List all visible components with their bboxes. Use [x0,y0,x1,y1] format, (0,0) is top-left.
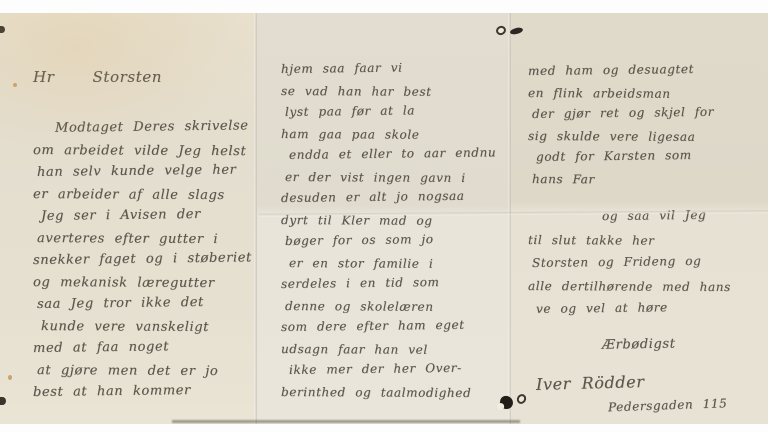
letter-line: best at han kommer [33,379,257,404]
letter-line: Modtaget Deres skrivelse [33,115,257,140]
letter-line: bøger for os som jo [281,228,509,252]
letter-line: snekker faget og i støberiet [33,247,257,272]
closing-word: Ærbødigst [528,331,764,359]
page-panel-left: HrStorsten Modtaget Deres skrivelseom ar… [0,13,257,424]
letter-line: med at faa noget [33,335,257,360]
page-panel-right: med ham og desuagteten flink arbeidsmand… [511,13,768,424]
letter-column-1: HrStorsten Modtaget Deres skrivelseom ar… [33,68,257,404]
letter-line: serdeles i en tid som [281,271,509,295]
letter-line: lyst paa før at la [281,99,509,123]
letter-line: berinthed og taalmodighed [281,382,509,405]
letter-line: endda et eller to aar endnu [281,142,509,166]
page3-paragraph-2: og saa vil Jegtil slut takke herStorsten… [528,206,764,321]
page-panel-middle: hjem saa faar vise vad han har bestlyst … [257,13,511,424]
letter-line: og saa vil Jeg [528,203,764,229]
closing-block: Ærbødigst Iver Rödder Pedersgaden 115 [528,333,764,417]
salutation-prefix: Hr [33,68,54,86]
paper-stain [8,375,12,380]
page3-paragraph-1: med ham og desuagteten flink arbeidsmand… [528,61,764,190]
letter-line: han selv kunde velge her [33,159,257,184]
letter-line: der gjør ret og skjel for [528,101,764,125]
salutation: HrStorsten [33,68,257,92]
letter-line: som dere efter ham eget [281,314,509,338]
letter-line: ikke mer der her Over- [281,357,509,381]
letter-line: desuden er alt jo nogsaa [281,185,509,209]
page2-lines: hjem saa faar vise vad han har bestlyst … [281,59,509,403]
letter-line: Storsten og Frideng og [528,249,764,275]
letter-column-2: hjem saa faar vise vad han har bestlyst … [281,59,509,403]
letter-line: godt for Karsten som [528,144,764,168]
letter-line: saa Jeg tror ikke det [33,291,257,316]
paper-stain [13,83,17,87]
salutation-name: Storsten [92,68,162,86]
letter-line: med ham og desuagtet [528,58,764,82]
letter-column-3: med ham og desuagteten flink arbeidsmand… [528,61,764,417]
letter-paper: HrStorsten Modtaget Deres skrivelseom ar… [0,13,768,424]
letter-line: ve og vel at høre [528,295,764,321]
page1-lines: Modtaget Deres skrivelseom arbeidet vild… [33,118,257,404]
scan-background: HrStorsten Modtaget Deres skrivelseom ar… [0,0,768,432]
letter-line: Jeg ser i Avisen der [33,203,257,228]
letter-line: hans Far [528,169,764,192]
letter-line: hjem saa faar vi [281,56,509,80]
